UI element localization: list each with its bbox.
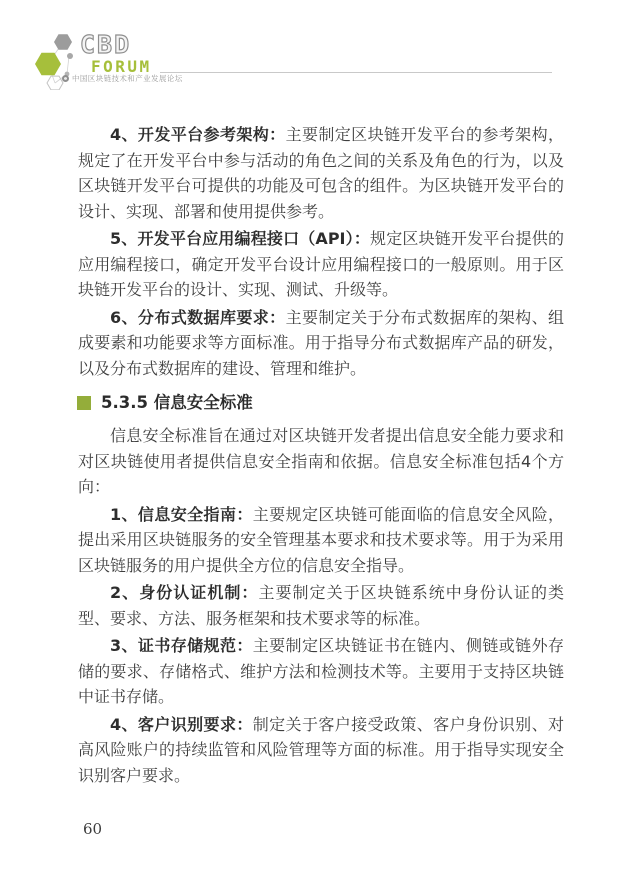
paragraph-certificate-storage: 3、证书存储规范：主要制定区块链证书在链内、侧链或链外存储的要求、存储格式、维护… xyxy=(78,633,564,710)
paragraph-lead: 4、开发平台参考架构： xyxy=(110,125,286,144)
paragraph-lead: 5、开发平台应用编程接口（API）： xyxy=(110,229,370,248)
paragraph-text: 信息安全标准旨在通过对区块链开发者提出信息安全能力要求和对区块链使用者提供信息安… xyxy=(78,426,564,496)
logo-tagline: 中国区块链技术和产业发展论坛 xyxy=(62,73,183,84)
paragraph-lead: 2、身份认证机制： xyxy=(110,583,258,602)
document-page: CBD FORUM 中国区块链技术和产业发展论坛 4、开发平台参考架构：主要制定… xyxy=(0,0,640,894)
logo-brand-text: CBD xyxy=(80,30,131,59)
paragraph-dev-platform-architecture: 4、开发平台参考架构：主要制定区块链开发平台的参考架构，规定了在开发平台中参与活… xyxy=(78,122,564,224)
paragraph-distributed-database: 6、分布式数据库要求：主要制定关于分布式数据库的架构、组成要素和功能要求等方面标… xyxy=(78,305,564,382)
header-divider xyxy=(160,72,552,73)
paragraph-security-guide: 1、信息安全指南：主要规定区块链可能面临的信息安全风险，提出采用区块链服务的安全… xyxy=(78,502,564,579)
logo-wordmark: CBD FORUM xyxy=(78,30,228,78)
paragraph-lead: 4、客户识别要求： xyxy=(110,715,253,734)
tagline-hexagon-icon xyxy=(62,75,69,82)
section-heading-5-3-5: 5.3.5 信息安全标准 xyxy=(77,390,564,415)
paragraph-identity-authentication: 2、身份认证机制：主要制定关于区块链系统中身份认证的类型、要求、方法、服务框架和… xyxy=(78,580,564,631)
paragraph-lead: 1、信息安全指南： xyxy=(110,505,253,524)
page-number: 60 xyxy=(83,820,102,838)
section-bullet-icon xyxy=(77,396,91,410)
section-title: 5.3.5 信息安全标准 xyxy=(101,390,253,415)
cbd-forum-logo: CBD FORUM 中国区块链技术和产业发展论坛 xyxy=(33,28,553,90)
paragraph-lead: 3、证书存储规范： xyxy=(110,636,253,655)
paragraph-lead: 6、分布式数据库要求： xyxy=(110,308,286,327)
paragraph-customer-identification: 4、客户识别要求：制定关于客户接受政策、客户身份识别、对高风险账户的持续监管和风… xyxy=(78,712,564,789)
tagline-text: 中国区块链技术和产业发展论坛 xyxy=(72,73,183,84)
document-body: 4、开发平台参考架构：主要制定区块链开发平台的参考架构，规定了在开发平台中参与活… xyxy=(78,122,564,790)
paragraph-security-intro: 信息安全标准旨在通过对区块链开发者提出信息安全能力要求和对区块链使用者提供信息安… xyxy=(78,423,564,500)
paragraph-dev-platform-api: 5、开发平台应用编程接口（API）：规定区块链开发平台提供的应用编程接口，确定开… xyxy=(78,226,564,303)
